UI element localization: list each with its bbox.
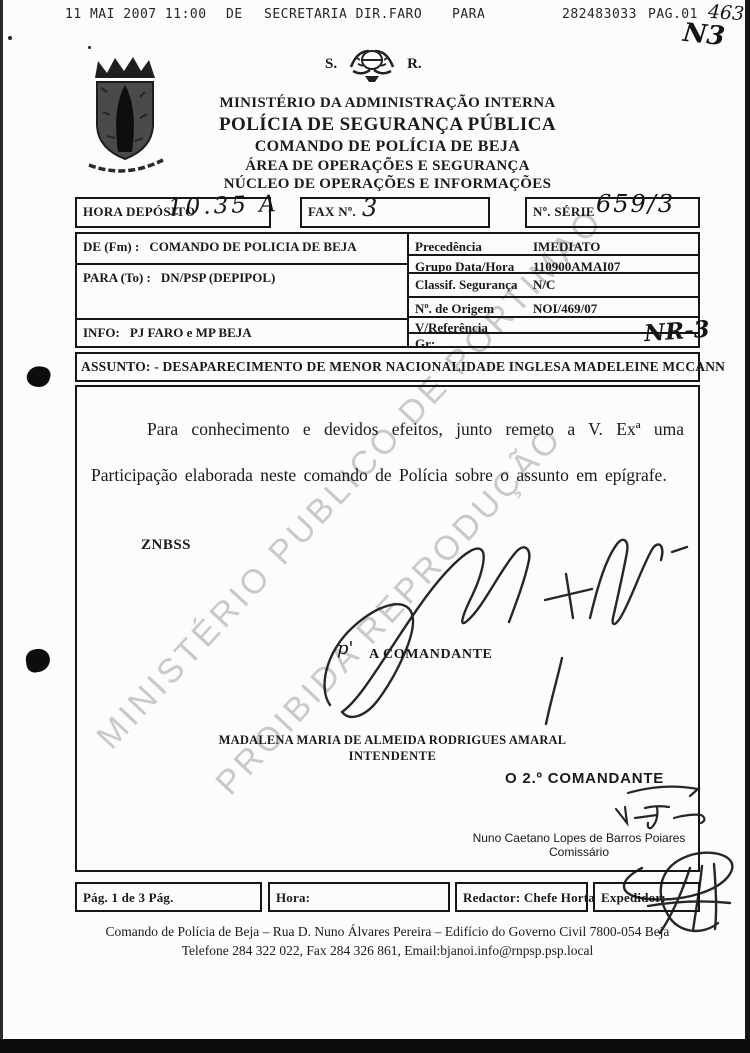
handwritten-por-mark: p' (337, 638, 353, 659)
psp-crest-icon (85, 52, 167, 178)
precedencia-value: IMEDIATO (533, 239, 600, 254)
assunto-box: ASSUNTO: - DESAPARECIMENTO DE MENOR NACI… (75, 352, 700, 382)
origem-label: Nº. de Origem (415, 301, 533, 317)
fax-para-label: PARA (452, 7, 485, 22)
letterhead: MINISTÉRIO DA ADMINISTRAÇÃO INTERNA POLÍ… (180, 95, 595, 193)
de-value: COMANDO DE POLICIA DE BEJA (149, 239, 356, 254)
scan-edge-bottom (0, 1039, 750, 1053)
fax-document-page: MINISTÉRIO PUBLICO DE PORTIMAO PROIBIDA … (0, 0, 750, 1053)
handwritten-mark-n3: N3 (682, 18, 727, 52)
comandante-rank: INTENDENTE (205, 749, 580, 764)
serie-label: Nº. SÉRIE (533, 204, 595, 220)
classif-seguranca-row: Classif. SegurançaN/C (409, 274, 698, 298)
grupo-data-hora-row: Grupo Data/Hora110900AMAI07 (409, 256, 698, 274)
comandante-name: MADALENA MARIA DE ALMEIDA RODRIGUES AMAR… (205, 733, 580, 748)
fax-datetime: 11 MAI 2007 11:00 (65, 7, 207, 22)
para-label: PARA (To) : (83, 270, 151, 286)
segundo-comandante-name: Nuno Caetano Lopes de Barros Poiares (469, 831, 689, 845)
routing-info-row: INFO:PJ FARO e MP BEJA (77, 320, 407, 345)
classif-value: N/C (533, 277, 555, 292)
letterhead-ministry: MINISTÉRIO DA ADMINISTRAÇÃO INTERNA (180, 95, 595, 112)
initial-s: S. (325, 56, 337, 73)
fax-no-label: FAX Nº. (308, 204, 356, 220)
znbss-code: ZNBSS (141, 537, 191, 554)
footer-address-block: Comando de Polícia de Beja – Rua D. Nuno… (75, 922, 700, 960)
footer-hora-cell: Hora: (268, 882, 450, 912)
handwritten-fax-no: 3 (362, 194, 377, 222)
grupo-value: 110900AMAI07 (533, 259, 620, 274)
routing-para-row: PARA (To) :DN/PSP (DEPIPOL) (77, 265, 407, 320)
handwritten-serie: 659/3 (596, 190, 675, 218)
footer-page-count: Pág. 1 de 3 Pág. (83, 890, 174, 906)
routing-left-column: DE (Fm) :COMANDO DE POLICIA DE BEJA PARA… (77, 234, 407, 346)
classif-label: Classif. Segurança (415, 277, 533, 293)
republic-initials-row: S. R. (325, 45, 422, 83)
assunto-text: ASSUNTO: - DESAPARECIMENTO DE MENOR NACI… (81, 359, 725, 375)
handwritten-nr3: NR-3 (643, 316, 710, 348)
letterhead-nucleo: NÚCLEO DE OPERAÇÕES E INFORMAÇÕES (180, 176, 595, 193)
info-label: INFO: (83, 325, 120, 341)
segundo-comandante-rank: Comissário (469, 845, 689, 859)
origem-value: NOI/469/07 (533, 301, 597, 316)
body-paragraph-line-2: Participação elaborada neste comando de … (91, 463, 684, 487)
footer-page-cell: Pág. 1 de 3 Pág. (75, 882, 262, 912)
footer-redactor: Redactor: Chefe Horta (463, 890, 595, 906)
scan-edge-right (745, 0, 750, 1053)
routing-de-row: DE (Fm) :COMANDO DE POLICIA DE BEJA (77, 234, 407, 265)
gr-label: Gr: (415, 336, 533, 352)
info-value: PJ FARO e MP BEJA (130, 325, 252, 340)
footer-expedidor-cell: Expedidor: (593, 882, 700, 912)
footer-expedidor-label: Expedidor: (601, 890, 666, 906)
hole-punch-top (25, 364, 52, 390)
de-label: DE (Fm) : (83, 239, 139, 255)
segundo-comandante-title: O 2.º COMANDANTE (505, 770, 664, 787)
fax-number: 282483033 (562, 7, 637, 22)
footer-address-line: Comando de Polícia de Beja – Rua D. Nuno… (75, 922, 700, 941)
letterhead-area: ÁREA DE OPERAÇÕES E SEGURANÇA (180, 158, 595, 175)
handwritten-hora-deposito: 10.35 A (168, 191, 280, 221)
comandante-title: A COMANDANTE (369, 647, 492, 663)
fax-no-box: FAX Nº. (300, 197, 490, 228)
fax-transmission-header: 11 MAI 2007 11:00 DE SECRETARIA DIR.FARO… (0, 7, 750, 25)
footer-hora-label: Hora: (276, 890, 310, 906)
routing-table: DE (Fm) :COMANDO DE POLICIA DE BEJA PARA… (75, 232, 700, 348)
scan-edge-left (0, 0, 3, 1053)
precedencia-label: Precedência (415, 239, 533, 255)
hole-punch-bottom (25, 647, 52, 673)
precedencia-row: PrecedênciaIMEDIATO (409, 234, 698, 256)
scan-speck (88, 46, 91, 49)
origem-row: Nº. de OrigemNOI/469/07 (409, 298, 698, 318)
republic-emblem-icon (345, 45, 399, 83)
fax-de-label: DE (226, 7, 243, 22)
initial-r: R. (407, 56, 422, 73)
footer-redactor-cell: Redactor: Chefe Horta (455, 882, 588, 912)
para-value: DN/PSP (DEPIPOL) (161, 270, 275, 285)
document-body-box: Para conhecimento e devidos efeitos, jun… (75, 385, 700, 872)
scan-speck (8, 36, 12, 40)
letterhead-psp: POLÍCIA DE SEGURANÇA PÚBLICA (180, 114, 595, 136)
letterhead-comando: COMANDO DE POLÍCIA DE BEJA (180, 138, 595, 156)
footer-contacts-line: Telefone 284 322 022, Fax 284 326 861, E… (75, 941, 700, 960)
grupo-label: Grupo Data/Hora (415, 259, 533, 275)
fax-sender: SECRETARIA DIR.FARO (264, 7, 422, 22)
body-paragraph-line-1: Para conhecimento e devidos efeitos, jun… (91, 417, 684, 441)
